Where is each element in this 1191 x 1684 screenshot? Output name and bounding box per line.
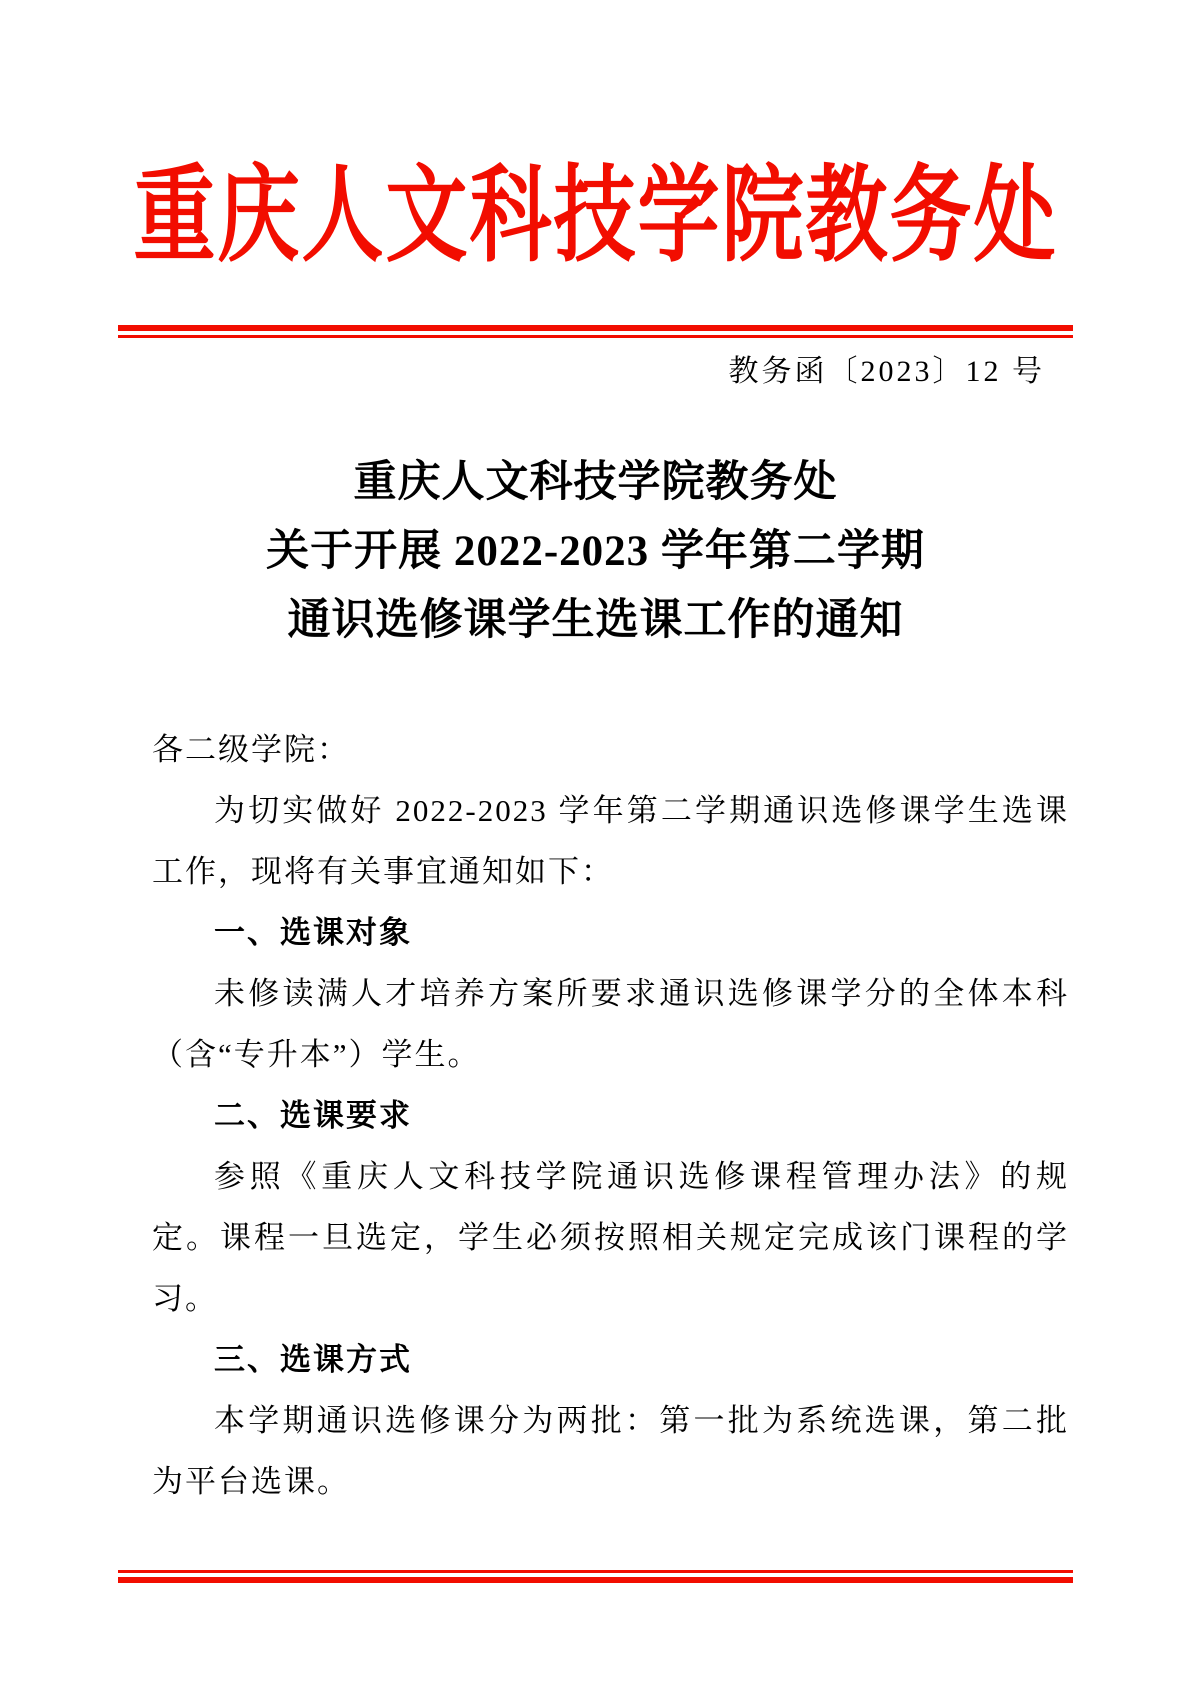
section-heading-1: 一、选课对象 (152, 902, 1069, 963)
notice-title-line-3: 通识选修课学生选课工作的通知 (118, 586, 1073, 655)
notice-title-line-2: 关于开展 2022-2023 学年第二学期 (118, 517, 1073, 586)
section-heading-2: 二、选课要求 (152, 1085, 1069, 1146)
letterhead: 重庆人文科技学院教务处 (0, 146, 1191, 288)
section-heading-3: 三、选课方式 (152, 1329, 1069, 1390)
doc-number: 教务函〔2023〕12 号 (118, 354, 1073, 390)
notice-title-line-1: 重庆人文科技学院教务处 (118, 448, 1073, 517)
body-paragraph: 为切实做好 2022-2023 学年第二学期通识选修课学生选课工作，现将有关事宜… (152, 780, 1069, 902)
document-page: 重庆人文科技学院教务处 教务函〔2023〕12 号 重庆人文科技学院教务处 关于… (0, 0, 1191, 1684)
letterhead-title: 重庆人文科技学院教务处 (133, 126, 1057, 308)
notice-body: 各二级学院： 为切实做好 2022-2023 学年第二学期通识选修课学生选课工作… (152, 719, 1069, 1512)
content-area: 教务函〔2023〕12 号 重庆人文科技学院教务处 关于开展 2022-2023… (118, 325, 1073, 1583)
notice-title: 重庆人文科技学院教务处 关于开展 2022-2023 学年第二学期 通识选修课学… (118, 448, 1073, 655)
body-paragraph: 未修读满人才培养方案所要求通识选修课学分的全体本科（含“专升本”）学生。 (152, 963, 1069, 1085)
red-separator-top (118, 325, 1073, 338)
body-paragraph: 参照《重庆人文科技学院通识选修课程管理办法》的规定。课程一旦选定，学生必须按照相… (152, 1146, 1069, 1329)
body-salutation: 各二级学院： (152, 719, 1069, 780)
body-paragraph: 本学期通识选修课分为两批：第一批为系统选课，第二批为平台选课。 (152, 1390, 1069, 1512)
red-separator-bottom (118, 1570, 1073, 1583)
